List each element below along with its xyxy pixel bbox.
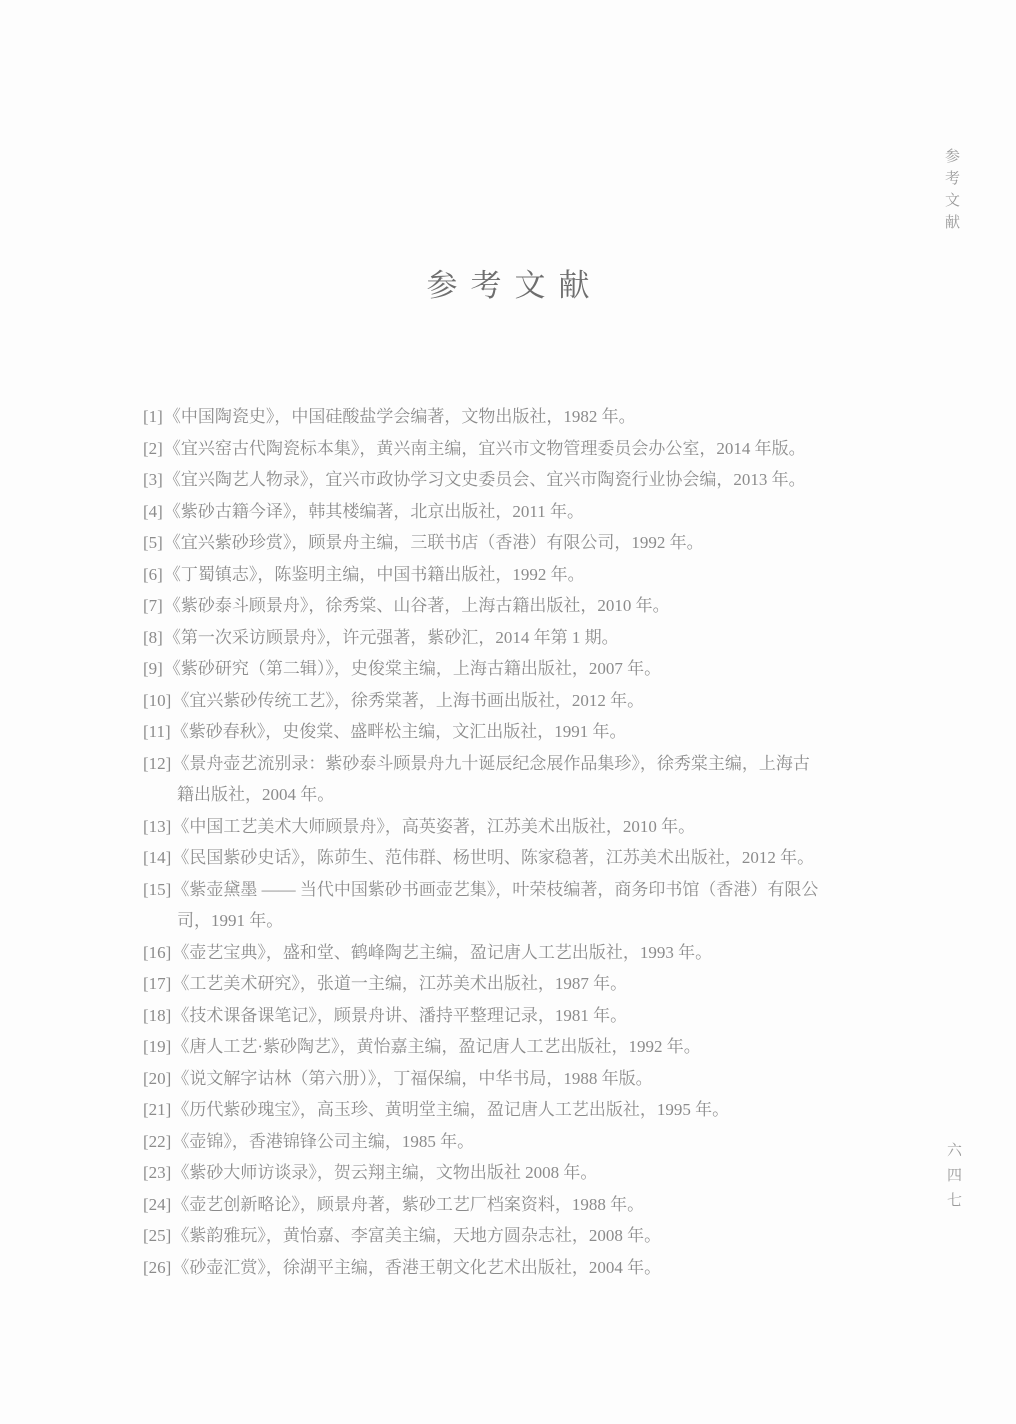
reference-number: [18]: [143, 1006, 172, 1025]
reference-item: [17]《工艺美术研究》，张道一主编，江苏美术出版社，1987 年。: [143, 968, 891, 1000]
reference-item: [24]《壶艺创新略论》，顾景舟著，紫砂工艺厂档案资料，1988 年。: [143, 1189, 891, 1221]
reference-text: 《紫壶黛墨 —— 当代中国紫砂书画壶艺集》，叶荣枝编著，商务印书馆（香港）有限公: [172, 880, 818, 899]
reference-number: [2]: [143, 439, 164, 458]
reference-list: [1]《中国陶瓷史》，中国硅酸盐学会编著，文物出版社，1982 年。 [2]《宜…: [143, 401, 891, 1283]
reference-item: [8]《第一次采访顾景舟》，许元强著，紫砂汇，2014 年第 1 期。: [143, 622, 891, 654]
reference-item: [26]《砂壶汇赏》，徐湖平主编，香港王朝文化艺术出版社，2004 年。: [143, 1252, 891, 1284]
book-page: 参考文献 参考文献 [1]《中国陶瓷史》，中国硅酸盐学会编著，文物出版社，198…: [0, 0, 1016, 1424]
reference-text: 《工艺美术研究》，张道一主编，江苏美术出版社，1987 年。: [172, 974, 627, 993]
reference-item: [20]《说文解字诂林（第六册）》，丁福保编，中华书局，1988 年版。: [143, 1063, 891, 1095]
reference-item: [2]《宜兴窑古代陶瓷标本集》，黄兴南主编，宜兴市文物管理委员会办公室，2014…: [143, 433, 891, 465]
reference-item: [10]《宜兴紫砂传统工艺》，徐秀棠著，上海书画出版社，2012 年。: [143, 685, 891, 717]
reference-number: [13]: [143, 817, 172, 836]
reference-number: [19]: [143, 1037, 172, 1056]
reference-item: [9]《紫砂研究（第二辑）》，史俊棠主编，上海古籍出版社，2007 年。: [143, 653, 891, 685]
reference-item: [4]《紫砂古籍今译》，韩其楼编著，北京出版社，2011 年。: [143, 496, 891, 528]
page-number-vertical: 六四七: [943, 1142, 964, 1217]
reference-text: 《宜兴窑古代陶瓷标本集》，黄兴南主编，宜兴市文物管理委员会办公室，2014 年版…: [164, 439, 806, 458]
reference-number: [16]: [143, 943, 172, 962]
reference-number: [22]: [143, 1132, 172, 1151]
reference-text: 《丁蜀镇志》，陈鉴明主编，中国书籍出版社，1992 年。: [164, 565, 585, 584]
reference-text: 《历代紫砂瑰宝》，高玉珍、黄明堂主编，盈记唐人工艺出版社，1995 年。: [172, 1100, 729, 1119]
page-title: 参考文献: [0, 260, 1016, 305]
reference-item: [6]《丁蜀镇志》，陈鉴明主编，中国书籍出版社，1992 年。: [143, 559, 891, 591]
reference-text: 《紫砂大师访谈录》，贺云翔主编，文物出版社 2008 年。: [172, 1163, 597, 1182]
reference-item: [18]《技术课备课笔记》，顾景舟讲、潘持平整理记录，1981 年。: [143, 1000, 891, 1032]
reference-item: [13]《中国工艺美术大师顾景舟》，高英姿著，江苏美术出版社，2010 年。: [143, 811, 891, 843]
reference-text: 《技术课备课笔记》，顾景舟讲、潘持平整理记录，1981 年。: [172, 1006, 627, 1025]
reference-number: [17]: [143, 974, 172, 993]
reference-number: [8]: [143, 628, 164, 647]
reference-text: 《砂壶汇赏》，徐湖平主编，香港王朝文化艺术出版社，2004 年。: [172, 1258, 661, 1277]
reference-item: [16]《壶艺宝典》，盛和堂、鹤峰陶艺主编，盈记唐人工艺出版社，1993 年。: [143, 937, 891, 969]
reference-number: [10]: [143, 691, 172, 710]
reference-text-continued: 籍出版社，2004 年。: [177, 785, 334, 804]
reference-text: 《中国陶瓷史》，中国硅酸盐学会编著，文物出版社，1982 年。: [164, 407, 636, 426]
reference-item: [14]《民国紫砂史话》，陈茆生、范伟群、杨世明、陈家稳著，江苏美术出版社，20…: [143, 842, 891, 874]
reference-text: 《紫砂泰斗顾景舟》，徐秀棠、山谷著，上海古籍出版社，2010 年。: [164, 596, 670, 615]
reference-text: 《宜兴陶艺人物录》，宜兴市政协学习文史委员会、宜兴市陶瓷行业协会编，2013 年…: [164, 470, 806, 489]
reference-item: [1]《中国陶瓷史》，中国硅酸盐学会编著，文物出版社，1982 年。: [143, 401, 891, 433]
reference-number: [7]: [143, 596, 164, 615]
reference-number: [6]: [143, 565, 164, 584]
reference-text: 《说文解字诂林（第六册）》，丁福保编，中华书局，1988 年版。: [172, 1069, 652, 1088]
reference-item: [21]《历代紫砂瑰宝》，高玉珍、黄明堂主编，盈记唐人工艺出版社，1995 年。: [143, 1094, 891, 1126]
reference-text: 《紫砂研究（第二辑）》，史俊棠主编，上海古籍出版社，2007 年。: [164, 659, 661, 678]
reference-item: [11]《紫砂春秋》，史俊棠、盛畔松主编，文汇出版社，1991 年。: [143, 716, 891, 748]
reference-number: [9]: [143, 659, 164, 678]
reference-number: [20]: [143, 1069, 172, 1088]
reference-number: [11]: [143, 722, 172, 741]
reference-item: [22]《壶锦》，香港锦锋公司主编，1985 年。: [143, 1126, 891, 1158]
reference-text: 《壶艺创新略论》，顾景舟著，紫砂工艺厂档案资料，1988 年。: [172, 1195, 644, 1214]
reference-number: [23]: [143, 1163, 172, 1182]
reference-text: 《紫砂古籍今译》，韩其楼编著，北京出版社，2011 年。: [164, 502, 584, 521]
reference-item: [12]《景舟壶艺流别录：紫砂泰斗顾景舟九十诞辰纪念展作品集珍》，徐秀棠主编，上…: [143, 748, 891, 811]
reference-text-continued: 司，1991 年。: [177, 911, 283, 930]
reference-text: 《壶艺宝典》，盛和堂、鹤峰陶艺主编，盈记唐人工艺出版社，1993 年。: [172, 943, 712, 962]
reference-text: 《壶锦》，香港锦锋公司主编，1985 年。: [172, 1132, 474, 1151]
reference-number: [25]: [143, 1226, 172, 1245]
reference-number: [24]: [143, 1195, 172, 1214]
reference-item: [7]《紫砂泰斗顾景舟》，徐秀棠、山谷著，上海古籍出版社，2010 年。: [143, 590, 891, 622]
reference-item: [3]《宜兴陶艺人物录》，宜兴市政协学习文史委员会、宜兴市陶瓷行业协会编，201…: [143, 464, 891, 496]
reference-item: [15]《紫壶黛墨 —— 当代中国紫砂书画壶艺集》，叶荣枝编著，商务印书馆（香港…: [143, 874, 891, 937]
reference-text: 《民国紫砂史话》，陈茆生、范伟群、杨世明、陈家稳著，江苏美术出版社，2012 年…: [172, 848, 814, 867]
reference-item: [25]《紫韵雅玩》，黄怡嘉、李富美主编，天地方圆杂志社，2008 年。: [143, 1220, 891, 1252]
reference-number: [1]: [143, 407, 164, 426]
reference-number: [21]: [143, 1100, 172, 1119]
reference-item: [23]《紫砂大师访谈录》，贺云翔主编，文物出版社 2008 年。: [143, 1157, 891, 1189]
reference-number: [12]: [143, 754, 172, 773]
reference-number: [15]: [143, 880, 172, 899]
reference-item: [5]《宜兴紫砂珍赏》，顾景舟主编，三联书店（香港）有限公司，1992 年。: [143, 527, 891, 559]
reference-number: [4]: [143, 502, 164, 521]
reference-number: [3]: [143, 470, 164, 489]
reference-text: 《景舟壶艺流别录：紫砂泰斗顾景舟九十诞辰纪念展作品集珍》，徐秀棠主编，上海古: [172, 754, 810, 773]
reference-item: [19]《唐人工艺·紫砂陶艺》，黄怡嘉主编，盈记唐人工艺出版社，1992 年。: [143, 1031, 891, 1063]
reference-text: 《宜兴紫砂传统工艺》，徐秀棠著，上海书画出版社，2012 年。: [172, 691, 644, 710]
reference-text: 《紫韵雅玩》，黄怡嘉、李富美主编，天地方圆杂志社，2008 年。: [172, 1226, 661, 1245]
reference-text: 《中国工艺美术大师顾景舟》，高英姿著，江苏美术出版社，2010 年。: [172, 817, 695, 836]
reference-text: 《宜兴紫砂珍赏》，顾景舟主编，三联书店（香港）有限公司，1992 年。: [164, 533, 704, 552]
reference-number: [14]: [143, 848, 172, 867]
reference-text: 《紫砂春秋》，史俊棠、盛畔松主编，文汇出版社，1991 年。: [172, 722, 627, 741]
reference-number: [26]: [143, 1258, 172, 1277]
reference-text: 《第一次采访顾景舟》，许元强著，紫砂汇，2014 年第 1 期。: [164, 628, 619, 647]
reference-number: [5]: [143, 533, 164, 552]
margin-header-vertical: 参考文献: [941, 148, 962, 236]
reference-text: 《唐人工艺·紫砂陶艺》，黄怡嘉主编，盈记唐人工艺出版社，1992 年。: [172, 1037, 700, 1056]
